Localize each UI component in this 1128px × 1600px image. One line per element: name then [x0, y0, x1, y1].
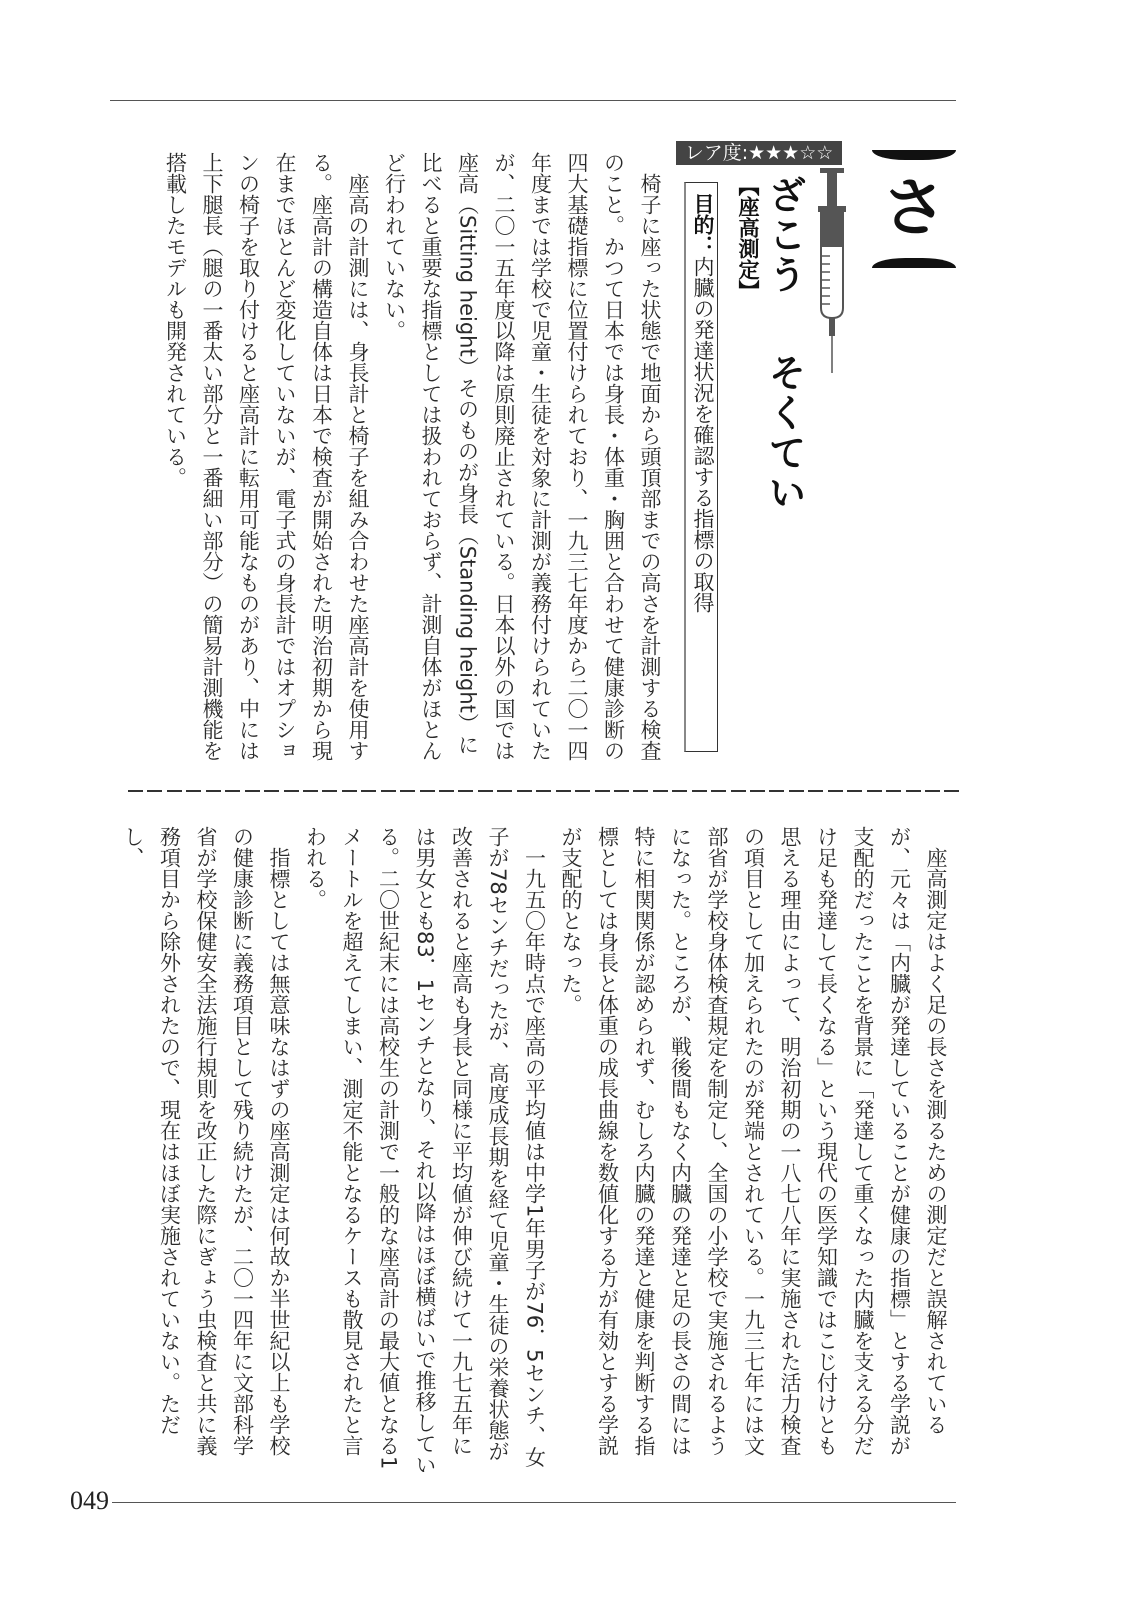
- reading-part-1: ざこう: [762, 175, 806, 295]
- paragraph: 一九五〇年時点で座高の平均値は中学1年男子が76．5センチ、女子が78センチだっ…: [297, 826, 553, 1476]
- page-number: 049: [70, 1486, 109, 1516]
- paragraph: 座高の計測には、身長計と椅子を組み合わせた座高計を使用する。座高計の構造自体は日…: [157, 152, 376, 762]
- rarity-badge: レア度:★★★☆☆: [676, 141, 842, 165]
- section-kana-heading: さ: [872, 150, 956, 268]
- purpose-line: 目的：内臓の発達状況を確認する指標の取得: [687, 193, 719, 613]
- paragraph: 座高測定はよく足の長さを測るための測定だと誤解されているが、元々は「内臓が発達し…: [553, 826, 955, 1476]
- reading-part-2: そくてい: [762, 353, 806, 513]
- entry-title: 【座高測定】: [735, 175, 761, 301]
- syringe-icon: [818, 168, 846, 373]
- entry-reading: ざこうそくてい: [762, 175, 806, 513]
- purpose-box: 目的：内臓の発達状況を確認する指標の取得: [684, 182, 718, 752]
- paragraph: 椅子に座った状態で地面から頭頂部までの高さを計測する検査のこと。かつて日本では身…: [376, 152, 668, 762]
- top-rule: [110, 100, 956, 101]
- top-body-text: 椅子に座った状態で地面から頭頂部までの高さを計測する検査のこと。かつて日本では身…: [128, 152, 668, 762]
- bottom-body-text: 座高測定はよく足の長さを測るための測定だと誤解されているが、元々は「内臓が発達し…: [128, 826, 954, 1476]
- dashed-separator: [128, 790, 960, 792]
- bottom-rule: [112, 1502, 956, 1503]
- purpose-text: 内臓の発達状況を確認する指標の取得: [691, 256, 715, 613]
- bracket-top: [872, 150, 956, 160]
- kana-index: さ: [882, 177, 946, 241]
- bracket-bottom: [872, 258, 956, 268]
- paragraph: 指標としては無意味なはずの座高測定は何故か半世紀以上も学校の健康診断に義務項目と…: [115, 826, 298, 1476]
- purpose-label: 目的：: [691, 193, 715, 256]
